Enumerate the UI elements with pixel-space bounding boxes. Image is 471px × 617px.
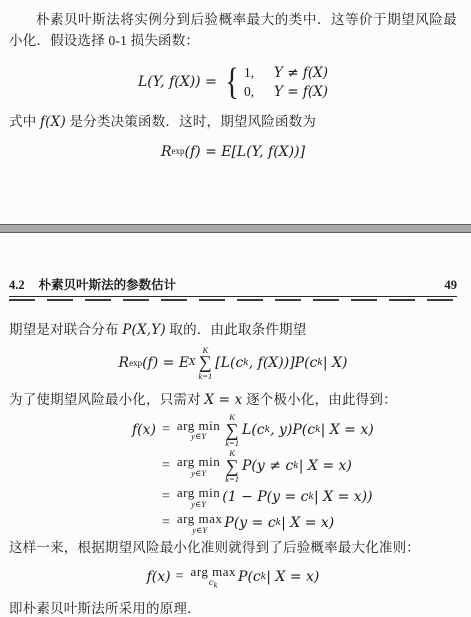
equation-derivation-block: f(x) = arg min y∈Y K ∑ k=1 L(ck, y)P(ck …: [132, 413, 457, 535]
cases-brace: {: [225, 60, 239, 104]
argmin-operator: arg min y∈Y: [177, 419, 220, 442]
d1-term1: L(c: [242, 422, 265, 438]
loss-lhs: L(Y, f(X)) =: [138, 74, 217, 90]
p3-inline-math: P(X,Y): [122, 322, 166, 338]
argmax-operator: arg max y∈Y: [177, 512, 223, 535]
case1-condition: Y ≠ f(X): [274, 65, 328, 81]
derivation-line-3: = arg min y∈Y (1 − P(y = ck | X = x)): [132, 485, 457, 509]
p4-inline-math: X = x: [204, 392, 242, 408]
d1-lhs: f(x): [132, 422, 162, 438]
paragraph-decision-function: 式中 f(X) 是分类决策函数．这时，期望风险函数为: [9, 111, 457, 133]
running-header: 4.2朴素贝叶斯法的参数估计 49: [9, 275, 457, 297]
risk-R: R: [161, 144, 172, 160]
cond-term3: | X): [323, 355, 348, 371]
d4-term1: P(y = c: [224, 515, 275, 531]
cond-term1: [L(c: [215, 355, 243, 371]
d2-term1: P(y ≠ c: [242, 458, 293, 474]
case-row-1: 1, Y ≠ f(X): [244, 65, 328, 81]
d1-op-under: y∈Y: [191, 432, 206, 441]
sum-lower-limit: k=1: [225, 475, 239, 484]
p3-text-post: 取的．由此取条件期望: [166, 322, 307, 337]
sum-lower-limit: k=1: [225, 439, 239, 448]
sigma-glyph: ∑: [199, 354, 212, 371]
d2-op-under: y∈Y: [191, 469, 206, 478]
cond-E-subscript: X: [189, 359, 195, 368]
equation-conditional-expectation: Rexp(f) = EX K ∑ k=1 [L(ck, f(X))]P(ck |…: [9, 345, 457, 381]
d4-equals: =: [162, 515, 170, 531]
case2-value: 0,: [244, 84, 274, 100]
p2-text-pre: 式中: [9, 114, 40, 129]
d2-equals: =: [162, 458, 170, 474]
d3-op-under: y∈Y: [191, 500, 206, 509]
d1-term2: , y)P(c: [270, 422, 315, 438]
paragraph-minimize: 为了使期望风险最小化，只需对 X = x 逐个极小化，由此得到：: [9, 389, 457, 411]
sum-symbol: K ∑ k=1: [225, 449, 239, 483]
argmin-operator: arg min y∈Y: [177, 486, 220, 509]
cond-mid: (f) = E: [142, 355, 189, 371]
case-row-2: 0, Y = f(X): [244, 84, 328, 100]
d3-term2: | X = x)): [314, 489, 373, 505]
sum-symbol: K ∑ k=1: [198, 346, 212, 380]
paragraph-conclusion: 这样一来，根据期望风险最小化准则就得到了后验概率最大化准则：: [9, 537, 457, 558]
equation-map-criterion: f(x) = arg max ck P(ck | X = x): [9, 564, 457, 590]
paragraph-joint-distribution: 期望是对联合分布 P(X,Y) 取的．由此取条件期望: [9, 319, 457, 341]
equation-expected-risk: Rexp(f) = E[L(Y, f(X))]: [9, 141, 457, 162]
d4-op-under: y∈Y: [192, 526, 207, 535]
header-left: 4.2朴素贝叶斯法的参数估计: [9, 275, 176, 293]
p4-text-pre: 为了使期望风险最小化，只需对: [9, 392, 204, 407]
risk-exp-subscript: exp: [172, 147, 185, 156]
cond-exp-subscript: exp: [129, 359, 142, 368]
sigma-glyph: ∑: [226, 458, 239, 475]
d3-term1: (1 − P(y = c: [222, 489, 308, 505]
section-title: 朴素贝叶斯法的参数估计: [39, 278, 177, 292]
derivation-line-4: = arg max y∈Y P(y = ck | X = x): [132, 511, 457, 535]
page-number: 49: [445, 278, 458, 293]
case2-condition: Y = f(X): [274, 84, 328, 100]
final-equals: =: [176, 569, 184, 585]
d1-opname: arg min: [177, 419, 220, 433]
d1-term3: | X = x): [321, 422, 374, 438]
d4-opname: arg max: [177, 512, 223, 526]
argmax-operator: arg max ck: [191, 565, 237, 590]
paragraph-intro: 朴素贝叶斯法将实例分到后验概率最大的类中．这等价于期望风险最小化．假设选择 0-…: [9, 9, 457, 51]
lower-page-section: 4.2朴素贝叶斯法的参数估计 49 期望是对联合分布 P(X,Y) 取的．由此取…: [0, 275, 471, 617]
d1-equals: =: [162, 422, 170, 438]
final-term2: | X = x): [266, 569, 319, 585]
equation-loss-function: L(Y, f(X)) = { 1, Y ≠ f(X) 0, Y = f(X): [9, 59, 457, 105]
case1-value: 1,: [244, 65, 274, 81]
final-opname: arg max: [191, 565, 237, 579]
p2-text-post: 是分类决策函数．这时，期望风险函数为: [66, 114, 316, 129]
p4-text-post: 逐个极小化，由此得到：: [243, 392, 397, 407]
upper-page-section: 朴素贝叶斯法将实例分到后验概率最大的类中．这等价于期望风险最小化．假设选择 0-…: [0, 0, 471, 162]
d3-equals: =: [162, 489, 170, 505]
p3-text-pre: 期望是对联合分布: [9, 322, 122, 337]
section-number: 4.2: [9, 278, 25, 292]
page-break-bar: [0, 224, 471, 233]
book-page: 朴素贝叶斯法将实例分到后验概率最大的类中．这等价于期望风险最小化．假设选择 0-…: [0, 0, 471, 617]
cond-R: R: [119, 355, 130, 371]
paragraph-principle: 即朴素贝叶斯法所采用的原理．: [9, 598, 457, 617]
risk-rest: (f) = E[L(Y, f(X))]: [185, 144, 306, 160]
p2-inline-math: f(X): [40, 114, 66, 130]
derivation-line-1: f(x) = arg min y∈Y K ∑ k=1 L(ck, y)P(ck …: [132, 413, 457, 447]
d2-term2: | X = x): [299, 458, 352, 474]
final-term1: P(c: [238, 569, 261, 585]
d4-term2: | X = x): [281, 515, 334, 531]
d2-opname: arg min: [177, 455, 220, 469]
final-under-sub: k: [214, 582, 218, 590]
final-op-under: ck: [209, 578, 218, 590]
header-rule-dashed: [9, 299, 457, 301]
derivation-line-2: = arg min y∈Y K ∑ k=1 P(y ≠ ck | X = x): [132, 449, 457, 483]
d3-opname: arg min: [177, 486, 220, 500]
sum-symbol: K ∑ k=1: [225, 413, 239, 447]
final-lhs: f(x): [147, 569, 171, 585]
loss-cases: 1, Y ≠ f(X) 0, Y = f(X): [244, 65, 328, 100]
argmin-operator: arg min y∈Y: [177, 455, 220, 478]
cond-term2: , f(X))]P(c: [249, 355, 318, 371]
sum-lower-limit: k=1: [198, 372, 212, 381]
sigma-glyph: ∑: [226, 422, 239, 439]
